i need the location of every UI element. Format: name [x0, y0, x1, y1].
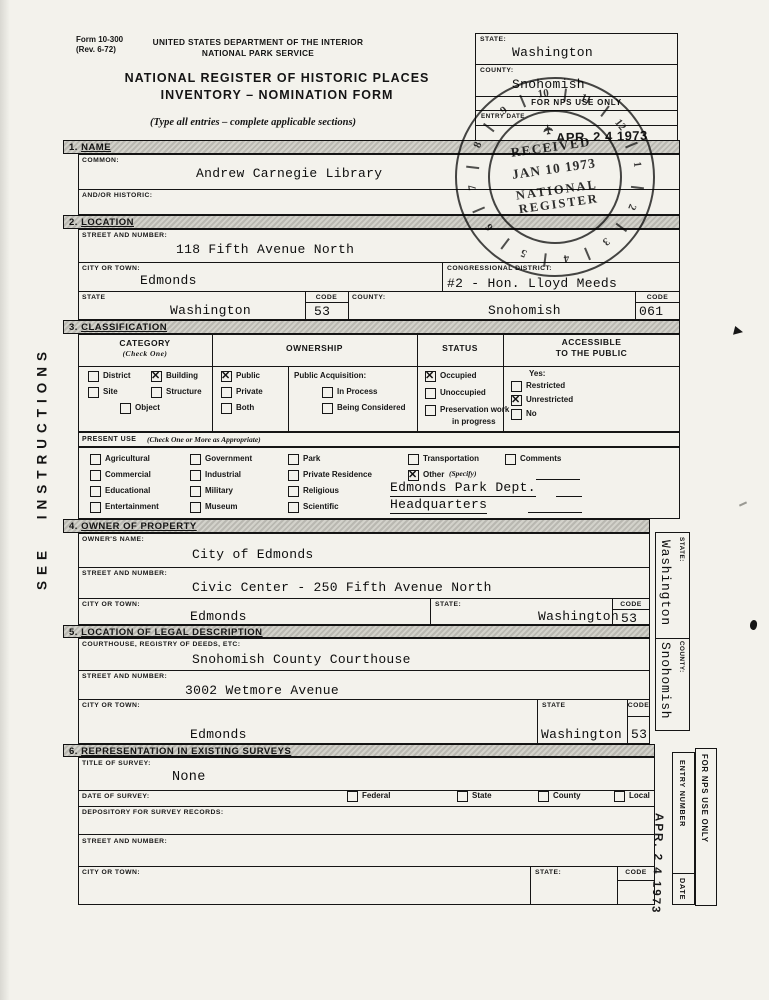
county-value: Snohomish: [488, 303, 561, 318]
checkbox-military[interactable]: [190, 486, 201, 497]
checkbox-religious[interactable]: [288, 486, 299, 497]
checkbox-unrestricted[interactable]: [511, 395, 522, 406]
section4-bar: 4. OWNER OF PROPERTY: [63, 519, 650, 533]
checkbox-restricted-label: Restricted: [526, 381, 565, 390]
checkbox-government-label: Government: [205, 454, 252, 463]
stamp-dial-number: 11: [576, 90, 595, 107]
common-name-label: COMMON:: [82, 157, 119, 164]
state-value: Washington: [170, 303, 251, 318]
stamp-dial-number: 5: [514, 244, 533, 261]
owner-code-label: CODE: [612, 601, 650, 608]
present-use-note: (Check One or More as Appropriate): [147, 435, 261, 444]
other-use-value2: Headquarters: [390, 497, 487, 514]
other-specify-note: (Specify): [449, 469, 476, 478]
city-value: Edmonds: [140, 273, 197, 288]
owner-name-value: City of Edmonds: [192, 547, 314, 562]
accessible-yes-label: Yes:: [529, 369, 545, 378]
depository-label: DEPOSITORY FOR SURVEY RECORDS:: [82, 809, 224, 816]
status-header: STATUS: [417, 343, 503, 353]
checkbox-occupied[interactable]: [425, 371, 436, 382]
checkbox-in-process[interactable]: [322, 387, 333, 398]
checkbox-private[interactable]: [221, 387, 232, 398]
checkbox-public[interactable]: [221, 371, 232, 382]
state-label: STATE: [82, 294, 106, 301]
checkbox-preservation-work-label: Preservation work: [440, 405, 509, 414]
survey-title-value: None: [172, 770, 206, 785]
stamp-dial-tick: [500, 237, 509, 249]
present-use-label: PRESENT USE: [82, 436, 136, 443]
checkbox-structure[interactable]: [151, 387, 162, 398]
section6-title: REPRESENTATION IN EXISTING SURVEYS: [81, 746, 291, 757]
checkbox-museum[interactable]: [190, 502, 201, 513]
owner-street-value: Civic Center - 250 Fifth Avenue North: [192, 580, 492, 595]
checkbox-private-label: Private: [236, 387, 263, 396]
owner-city-label: CITY OR TOWN:: [82, 601, 140, 608]
state-code-value: 53: [314, 304, 330, 319]
checkbox-park-label: Park: [303, 454, 320, 463]
section6-fields: [78, 757, 655, 905]
checkbox-site-label: Site: [103, 387, 118, 396]
section5-title: LOCATION OF LEGAL DESCRIPTION: [81, 627, 262, 638]
checkbox-entertainment[interactable]: [90, 502, 101, 513]
ink-mark: [739, 501, 747, 506]
legal-code-label: CODE: [627, 702, 650, 709]
nps-state-value: Washington: [512, 45, 593, 60]
section5-number: 5.: [69, 627, 78, 638]
category-subheader: (Check One): [78, 349, 212, 358]
section6-number: 6.: [69, 746, 78, 757]
checkbox-occupied-label: Occupied: [440, 371, 476, 380]
county-code-value: 061: [639, 304, 663, 319]
section3-bar: 3. CLASSIFICATION: [63, 320, 680, 334]
dept-line1: UNITED STATES DEPARTMENT OF THE INTERIOR: [108, 37, 408, 47]
legal-street-value: 3002 Wetmore Avenue: [185, 683, 339, 698]
checkbox-object-label: Object: [135, 403, 160, 412]
other-use-value1: Edmonds Park Dept.: [390, 480, 536, 497]
legal-city-value: Edmonds: [190, 727, 247, 742]
checkbox-transportation-label: Transportation: [423, 454, 479, 463]
entry-date-side-label: DATE: [678, 878, 687, 900]
checkbox-building-label: Building: [166, 371, 198, 380]
stamp-dial-number: 4: [558, 251, 576, 265]
survey-city-label: CITY OR TOWN:: [82, 869, 140, 876]
checkbox-private-residence[interactable]: [288, 470, 299, 481]
checkbox-educational[interactable]: [90, 486, 101, 497]
page-edge-shade: [0, 0, 10, 1000]
checkbox-comments[interactable]: [505, 454, 516, 465]
ink-mark: [749, 619, 758, 630]
entry-number-label: ENTRY NUMBER: [678, 760, 687, 827]
courthouse-label: COURTHOUSE, REGISTRY OF DEEDS, ETC:: [82, 641, 241, 648]
nps-use-side-label: FOR NPS USE ONLY: [700, 754, 709, 843]
checkbox-comments-label: Comments: [520, 454, 561, 463]
legal-city-label: CITY OR TOWN:: [82, 702, 140, 709]
stamp-dial-tick: [563, 88, 567, 101]
checkbox-being-considered-label: Being Considered: [337, 403, 405, 412]
apr-date-stamp-side-text: APR. 2 4 1973: [649, 813, 665, 915]
owner-state-value: Washington: [538, 609, 619, 624]
checkbox-entertainment-label: Entertainment: [105, 502, 159, 511]
checkbox-unrestricted-label: Unrestricted: [526, 395, 573, 404]
survey-date-label: DATE OF SURVEY:: [82, 793, 150, 800]
survey-title-label: TITLE OF SURVEY:: [82, 760, 151, 767]
checkbox-local[interactable]: [614, 791, 625, 802]
checkbox-preservation-work[interactable]: [425, 405, 436, 416]
apr-date-stamp-side: APR. 2 4 1973: [649, 813, 665, 915]
section2-number: 2.: [69, 217, 78, 228]
owner-code-value: 53: [621, 611, 637, 626]
city-label: CITY OR TOWN:: [82, 265, 140, 272]
checkbox-agricultural[interactable]: [90, 454, 101, 465]
checkbox-district[interactable]: [88, 371, 99, 382]
checkbox-unoccupied[interactable]: [425, 388, 436, 399]
checkbox-private-residence-label: Private Residence: [303, 470, 372, 479]
section4-number: 4.: [69, 521, 78, 532]
checkbox-county[interactable]: [538, 791, 549, 802]
owner-street-label: STREET AND NUMBER:: [82, 570, 167, 577]
checkbox-other-label: Other: [423, 470, 444, 479]
form-title-line1: NATIONAL REGISTER OF HISTORIC PLACES: [77, 71, 477, 85]
checkbox-object[interactable]: [120, 403, 131, 414]
legal-street-label: STREET AND NUMBER:: [82, 673, 167, 680]
section1-number: 1.: [69, 142, 78, 153]
margin-county-label: COUNTY:: [678, 641, 685, 673]
checkbox-commercial[interactable]: [90, 470, 101, 481]
checkbox-industrial[interactable]: [190, 470, 201, 481]
accessible-header2: TO THE PUBLIC: [503, 348, 680, 358]
checkbox-both[interactable]: [221, 403, 232, 414]
nps-county-label: COUNTY:: [480, 67, 514, 74]
county-label: COUNTY:: [352, 294, 386, 301]
checkbox-commercial-label: Commercial: [105, 470, 151, 479]
checkbox-both-label: Both: [236, 403, 254, 412]
historic-name-label: AND/OR HISTORIC:: [82, 192, 153, 199]
ink-mark: [733, 326, 744, 337]
common-name-value: Andrew Carnegie Library: [196, 166, 382, 181]
form-title-line2: INVENTORY – NOMINATION FORM: [77, 88, 477, 102]
state-code-label: CODE: [305, 294, 348, 301]
checkbox-site[interactable]: [88, 387, 99, 398]
see-instructions-note: SEE INSTRUCTIONS: [35, 346, 50, 590]
section1-title: NAME: [81, 142, 111, 153]
county-code-label: CODE: [635, 294, 680, 301]
checkbox-public-label: Public: [236, 371, 260, 380]
checkbox-religious-label: Religious: [303, 486, 339, 495]
scanned-form-page: Form 10-300 (Rev. 6-72) UNITED STATES DE…: [0, 0, 769, 1000]
checkbox-restricted[interactable]: [511, 381, 522, 392]
stamp-dial-tick: [584, 247, 591, 260]
checkbox-no[interactable]: [511, 409, 522, 420]
owner-name-label: OWNER'S NAME:: [82, 536, 144, 543]
stamp-dial-tick: [519, 94, 526, 107]
stamp-dial-tick: [543, 253, 547, 266]
courthouse-value: Snohomish County Courthouse: [192, 652, 411, 667]
checkbox-being-considered[interactable]: [322, 403, 333, 414]
checkbox-park[interactable]: [288, 454, 299, 465]
margin-county-value: Snohomish: [658, 642, 673, 719]
checkbox-educational-label: Educational: [105, 486, 150, 495]
type-note: (Type all entries – complete applicable …: [103, 117, 403, 128]
stamp-dial-number: 9: [494, 101, 514, 120]
owner-city-value: Edmonds: [190, 609, 247, 624]
stamp-dial-tick: [615, 222, 627, 231]
section2-title: LOCATION: [81, 217, 134, 228]
checkbox-state-label: State: [472, 791, 492, 800]
category-header: CATEGORY: [78, 338, 212, 348]
survey-street-label: STREET AND NUMBER:: [82, 838, 167, 845]
checkbox-district-label: District: [103, 371, 131, 380]
checkbox-transportation[interactable]: [408, 454, 419, 465]
section6-bar: 6. REPRESENTATION IN EXISTING SURVEYS: [63, 744, 655, 757]
checkbox-museum-label: Museum: [205, 502, 237, 511]
checkbox-no-label: No: [526, 409, 537, 418]
checkbox-scientific-label: Scientific: [303, 502, 339, 511]
street-label: STREET AND NUMBER:: [82, 232, 167, 239]
checkbox-unoccupied-label: Unoccupied: [440, 388, 486, 397]
dept-line2: NATIONAL PARK SERVICE: [108, 48, 408, 58]
checkbox-federal-label: Federal: [362, 791, 390, 800]
checkbox-county-label: County: [553, 791, 581, 800]
checkbox-scientific[interactable]: [288, 502, 299, 513]
checkbox-local-label: Local: [629, 791, 650, 800]
blank-line: [528, 503, 582, 513]
checkbox-industrial-label: Industrial: [205, 470, 241, 479]
checkbox-government[interactable]: [190, 454, 201, 465]
ownership-header: OWNERSHIP: [212, 343, 417, 353]
checkbox-building[interactable]: [151, 371, 162, 382]
blank-line: [536, 470, 580, 480]
checkbox-structure-label: Structure: [166, 387, 202, 396]
checkbox-state[interactable]: [457, 791, 468, 802]
section3-number: 3.: [69, 322, 78, 333]
nps-state-label: STATE:: [480, 36, 506, 43]
checkbox-agricultural-label: Agricultural: [105, 454, 150, 463]
stamp-dial-number: 10: [535, 87, 553, 101]
section4-title: OWNER OF PROPERTY: [81, 521, 197, 532]
legal-code-value: 53: [631, 727, 647, 742]
owner-state-label: STATE:: [435, 601, 461, 608]
checkbox-federal[interactable]: [347, 791, 358, 802]
legal-state-value: Washington: [541, 727, 622, 742]
margin-state-value: Washington: [658, 540, 673, 626]
public-acquisition-label: Public Acquisition:: [294, 371, 366, 380]
checkbox-in-process-label: In Process: [337, 387, 377, 396]
blank-line: [556, 487, 582, 497]
received-stamp: 101112123456789 ✈ RECEIVED JAN 10 1973 N…: [442, 64, 668, 290]
section5-bar: 5. LOCATION OF LEGAL DESCRIPTION: [63, 625, 650, 638]
margin-state-label: STATE:: [678, 537, 685, 562]
preservation-work-cont: in progress: [452, 417, 496, 426]
present-use-grid: [78, 447, 680, 519]
survey-state-label: STATE:: [535, 869, 561, 876]
street-value: 118 Fifth Avenue North: [176, 242, 354, 257]
legal-state-label: STATE: [542, 702, 566, 709]
section3-title: CLASSIFICATION: [81, 322, 167, 333]
stamp-dial-number: 3: [596, 232, 616, 251]
checkbox-military-label: Military: [205, 486, 233, 495]
survey-code-label: CODE: [617, 869, 655, 876]
accessible-header1: ACCESSIBLE: [503, 337, 680, 347]
